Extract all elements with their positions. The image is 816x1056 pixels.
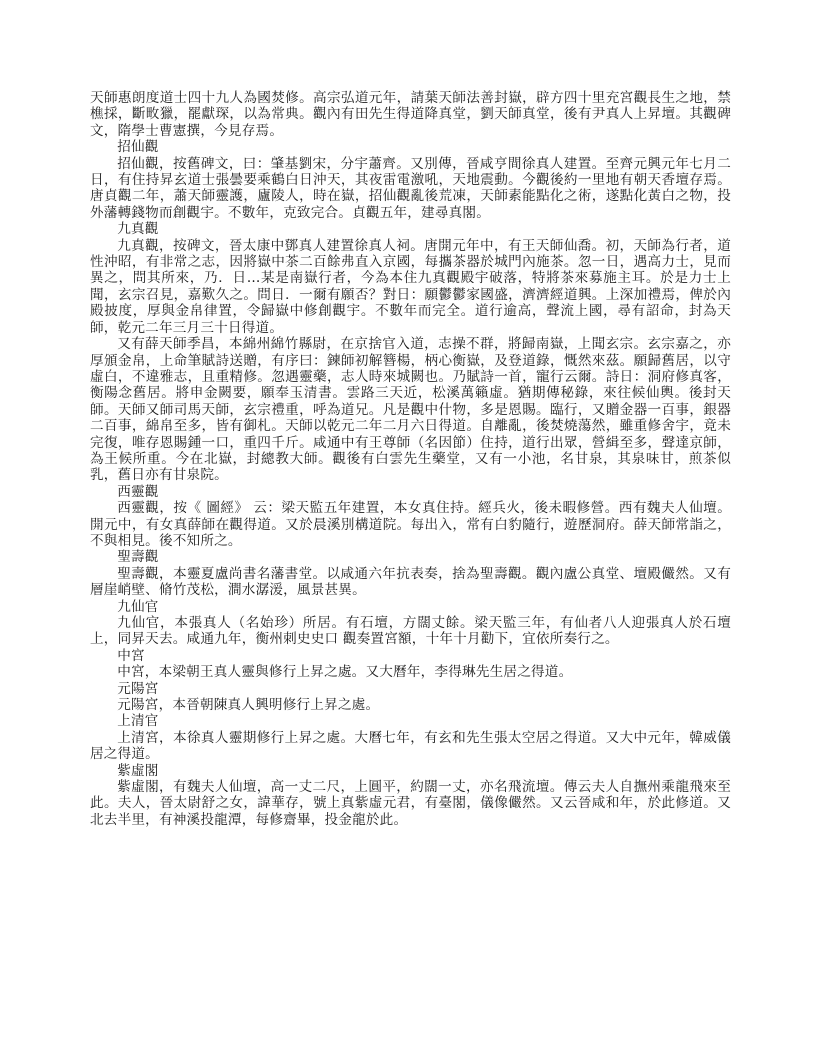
- section-heading: 九真觀: [90, 221, 731, 237]
- paragraph: 紫虛閣，有魏夫人仙壇，高一丈二尺，上圓平，約闊一丈，亦名飛流壇。傳云夫人自撫州乘…: [90, 779, 731, 828]
- paragraph: 中宮，本梁朝王真人靈與修行上昇之處。又大曆年，李得琳先生居之得道。: [90, 664, 731, 680]
- section-heading: 元陽宮: [90, 681, 731, 697]
- section-heading: 九仙官: [90, 599, 731, 615]
- section-heading: 紫虛閣: [90, 763, 731, 779]
- section-heading: 招仙觀: [90, 139, 731, 155]
- paragraph: 又有薛天師季昌，本綿州綿竹縣尉，在京捨官入道，志操不群，將歸南嶽，上聞玄宗。玄宗…: [90, 336, 731, 484]
- section-heading: 聖壽觀: [90, 549, 731, 565]
- paragraph: 上清宮，本徐真人靈期修行上昇之處。大曆七年，有玄和先生張太空居之得道。又大中元年…: [90, 730, 731, 763]
- paragraph: 聖壽觀，本靈夏盧尚書名藩書堂。以咸通六年抗表奏，捨為聖壽觀。觀內盧公真堂、壇殿儼…: [90, 566, 731, 599]
- section-heading: 中宮: [90, 648, 731, 664]
- section-heading: 西靈觀: [90, 484, 731, 500]
- section-heading: 上清官: [90, 713, 731, 729]
- paragraph: 九真觀，按碑文，晉太康中鄧真人建置徐真人祠。唐開元年中，有王天師仙喬。初，天師為…: [90, 238, 731, 336]
- document-page: 天師惠朗度道士四十九人為國焚修。高宗弘道元年，請葉天師法善封嶽，辟方四十里充宮觀…: [90, 90, 731, 828]
- paragraph: 西靈觀，按《 圖經》 云：梁天監五年建置，本女真住持。經兵火，後未暇修營。西有魏…: [90, 500, 731, 549]
- paragraph: 天師惠朗度道士四十九人為國焚修。高宗弘道元年，請葉天師法善封嶽，辟方四十里充宮觀…: [90, 90, 731, 139]
- paragraph: 元陽宮，本晉朝陳真人興明修行上昇之處。: [90, 697, 731, 713]
- paragraph: 九仙官，本張真人（名始珍）所居。有石壇，方闊丈餘。梁天監三年，有仙者八人迎張真人…: [90, 615, 731, 648]
- paragraph: 招仙觀，按舊碑文，曰：肇基劉宋，分宇蕭齊。又別傳，晉咸亨間徐真人建置。至齊元興元…: [90, 156, 731, 222]
